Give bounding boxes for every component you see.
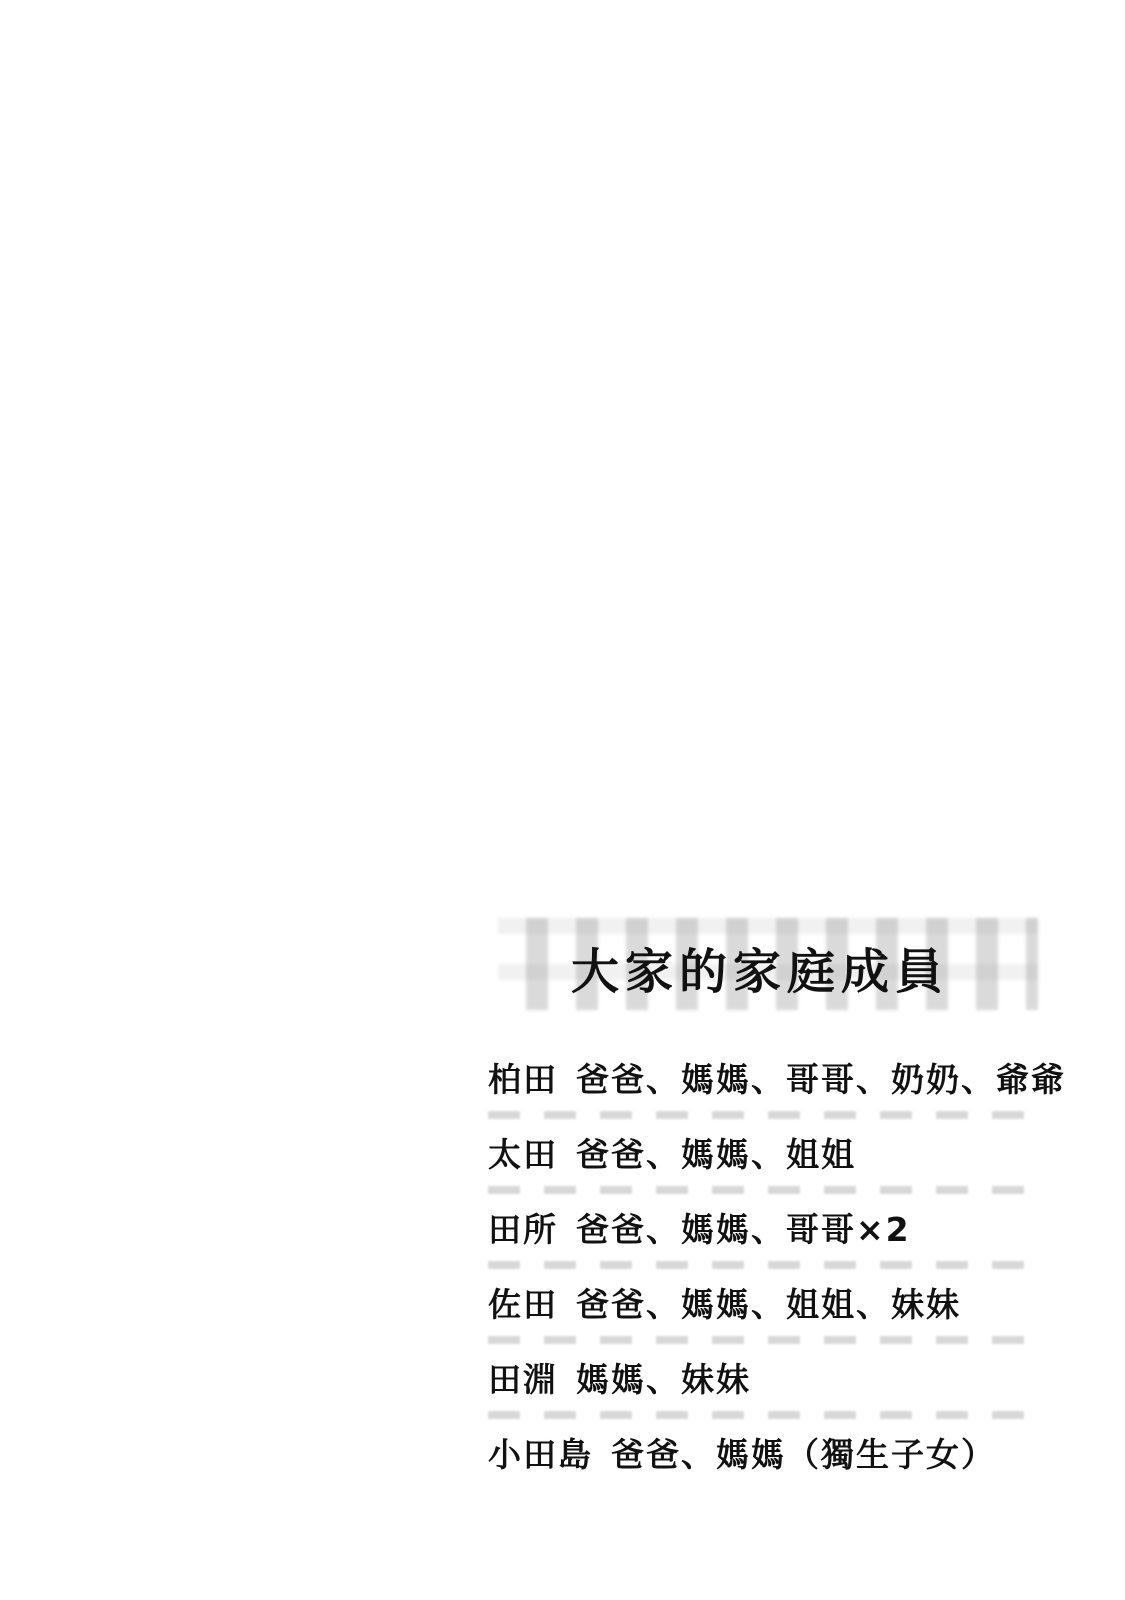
family-members: 爸爸、媽媽、哥哥、奶奶、爺爺 [576,1054,1066,1101]
family-members: 爸爸、媽媽、哥哥×2 [576,1204,911,1251]
family-members: 爸爸、媽媽（獨生子女） [611,1429,996,1476]
family-row: 柏田 爸爸、媽媽、哥哥、奶奶、爺爺 [488,1040,1048,1115]
family-members: 爸爸、媽媽、姐姐 [576,1129,856,1176]
family-row: 小田島 爸爸、媽媽（獨生子女） [488,1415,1048,1490]
family-surname: 太田 [488,1129,558,1176]
family-row: 佐田 爸爸、媽媽、姐姐、妹妹 [488,1265,1048,1340]
family-row: 田所 爸爸、媽媽、哥哥×2 [488,1190,1048,1265]
family-members-panel: 大家的家庭成員 柏田 爸爸、媽媽、哥哥、奶奶、爺爺 太田 爸爸、媽媽、姐姐 田所… [488,900,1048,1490]
family-surname: 小田島 [488,1429,593,1476]
page-title: 大家的家庭成員 [550,942,970,1002]
family-surname: 佐田 [488,1279,558,1326]
family-row: 田淵 媽媽、妹妹 [488,1340,1048,1415]
family-list: 柏田 爸爸、媽媽、哥哥、奶奶、爺爺 太田 爸爸、媽媽、姐姐 田所 爸爸、媽媽、哥… [488,1040,1048,1490]
family-surname: 田淵 [488,1354,558,1401]
family-surname: 柏田 [488,1054,558,1101]
family-surname: 田所 [488,1204,558,1251]
family-members: 媽媽、妹妹 [576,1354,751,1401]
family-row: 太田 爸爸、媽媽、姐姐 [488,1115,1048,1190]
family-members: 爸爸、媽媽、姐姐、妹妹 [576,1279,961,1326]
